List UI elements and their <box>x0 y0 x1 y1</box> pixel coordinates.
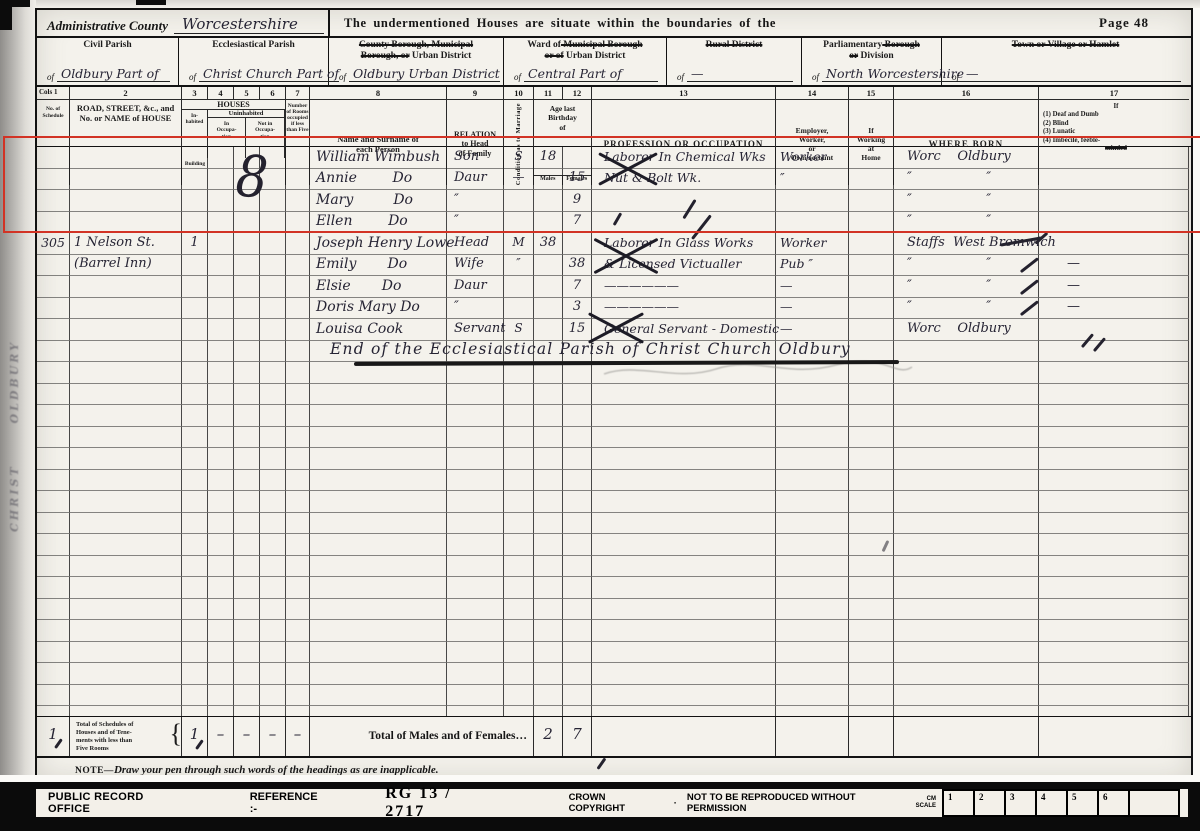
table-cell <box>563 556 592 578</box>
totals-empty-cell <box>592 717 776 756</box>
totals-houses-cell: 1 <box>182 717 208 756</box>
table-cell <box>260 642 286 664</box>
cell-entry: —————— <box>592 300 775 314</box>
table-cell <box>286 599 310 621</box>
table-cell <box>182 384 208 406</box>
table-cell <box>234 685 260 707</box>
table-cell <box>849 556 894 578</box>
table-cell <box>534 599 563 621</box>
cell-entry: 305 <box>37 236 69 250</box>
cm-scale-ruler: 123456 <box>942 789 1180 817</box>
cell-entry: — <box>776 300 848 314</box>
table-cell <box>182 491 208 513</box>
table-cell: Louisa Cook <box>310 319 447 341</box>
district-title-segment: Parliamentary <box>823 40 882 50</box>
table-cell <box>534 448 563 470</box>
table-cell <box>70 556 182 578</box>
table-cell <box>894 448 1039 470</box>
cell-entry: ″ <box>504 257 533 270</box>
totals-label-line: Five Rooms <box>76 745 179 753</box>
table-cell <box>776 427 849 449</box>
table-cell: S <box>504 319 534 341</box>
table-cell <box>37 577 70 599</box>
table-cell <box>1039 685 1189 707</box>
totals-dash: – <box>234 725 259 743</box>
table-cell <box>310 599 447 621</box>
table-cell <box>182 663 208 685</box>
header-infirmity-line: (2) Blind <box>1043 120 1069 128</box>
table-cell: Wife <box>447 255 504 277</box>
table-cell <box>894 405 1039 427</box>
cell-entry: 7 <box>563 279 591 293</box>
column-number: Cols 1 <box>37 87 70 100</box>
table-cell <box>592 513 776 535</box>
census-form: Administrative County Worcestershire The… <box>35 8 1193 781</box>
table-cell: Staffs West Bromwich <box>894 233 1039 255</box>
header-infirmity-line: If <box>1114 103 1119 111</box>
table-cell <box>260 556 286 578</box>
table-cell <box>563 685 592 707</box>
table-cell <box>894 384 1039 406</box>
table-cell <box>70 384 182 406</box>
table-cell <box>260 362 286 384</box>
table-cell: ″ ″ <box>894 255 1039 277</box>
table-cell <box>286 534 310 556</box>
table-cell <box>310 405 447 427</box>
totals-dash: – <box>208 725 233 743</box>
table-cell <box>563 642 592 664</box>
table-cell <box>208 556 234 578</box>
table-cell <box>1039 491 1189 513</box>
table-cell <box>534 663 563 685</box>
table-cell <box>776 534 849 556</box>
table-cell <box>447 642 504 664</box>
table-cell <box>260 534 286 556</box>
district-title-line: Ward of Municipal Borough <box>504 40 666 51</box>
table-cell <box>894 663 1039 685</box>
district-of-row: ofChrist Church Part of <box>179 51 328 85</box>
column-number: 7 <box>286 87 310 100</box>
table-cell <box>563 470 592 492</box>
table-cell: M <box>504 233 534 255</box>
table-cell <box>894 513 1039 535</box>
district-box: Rural Districtof— <box>667 38 802 85</box>
table-cell <box>592 599 776 621</box>
table-cell <box>208 384 234 406</box>
cross-mark <box>585 316 647 340</box>
cell-entry: 1 <box>182 236 207 250</box>
table-cell <box>534 427 563 449</box>
column-number: 5 <box>234 87 260 100</box>
district-of-row: ofOldbury Part of <box>37 51 178 85</box>
table-cell <box>70 620 182 642</box>
district-value: Oldbury Part of <box>57 66 170 82</box>
table-cell <box>563 599 592 621</box>
table-cell <box>208 491 234 513</box>
table-cell <box>849 577 894 599</box>
table-cell <box>234 448 260 470</box>
table-cell: 1 <box>182 233 208 255</box>
table-cell: 305 <box>37 233 70 255</box>
table-cell <box>70 685 182 707</box>
table-cell <box>260 470 286 492</box>
table-cell: — <box>1039 276 1189 298</box>
table-cell <box>776 685 849 707</box>
table-cell <box>37 706 70 716</box>
situate-statement: The undermentioned Houses are situate wi… <box>330 10 1191 36</box>
table-cell <box>534 405 563 427</box>
totals-empty-cell <box>1039 717 1189 756</box>
table-cell <box>447 448 504 470</box>
table-cell <box>1039 405 1189 427</box>
district-of-label: of <box>339 72 346 82</box>
totals-label: Total of Schedules ofHouses and of Tene-… <box>70 717 181 754</box>
table-cell <box>776 384 849 406</box>
footer-permission: NOT TO BE REPRODUCED WITHOUT PERMISSION <box>687 792 916 814</box>
table-cell <box>592 556 776 578</box>
table-cell <box>37 276 70 298</box>
cell-entry: — <box>1039 300 1188 314</box>
table-cell <box>37 448 70 470</box>
table-cell <box>182 319 208 341</box>
district-title-segment: or of <box>545 51 564 61</box>
table-cell <box>1039 663 1189 685</box>
table-cell <box>894 599 1039 621</box>
table-cell: Worker <box>776 233 849 255</box>
table-cell <box>310 448 447 470</box>
district-value: — <box>962 66 1181 82</box>
table-cell <box>182 599 208 621</box>
table-cell <box>310 577 447 599</box>
table-cell <box>447 405 504 427</box>
table-cell <box>286 405 310 427</box>
header-infirmity-line: (1) Deaf and Dumb <box>1043 111 1099 119</box>
table-cell <box>208 427 234 449</box>
table-cell <box>37 255 70 277</box>
table-cell <box>70 663 182 685</box>
column-number: 14 <box>776 87 849 100</box>
totals-empty-cell <box>776 717 849 756</box>
table-cell <box>776 513 849 535</box>
table-cell <box>894 620 1039 642</box>
footer-copyright: CROWN COPYRIGHT <box>569 792 664 814</box>
table-cell <box>849 599 894 621</box>
table-cell <box>776 556 849 578</box>
table-cell <box>563 513 592 535</box>
district-title-segment: Ward of <box>527 40 561 50</box>
table-cell <box>534 577 563 599</box>
table-cell <box>1039 448 1189 470</box>
cell-entry: — <box>1039 279 1188 293</box>
table-cell <box>286 362 310 384</box>
table-cell <box>1039 362 1189 384</box>
cell-entry: ″ ″ <box>894 300 1038 314</box>
table-cell <box>70 706 182 716</box>
table-cell <box>286 642 310 664</box>
table-cell <box>260 577 286 599</box>
table-cell <box>234 427 260 449</box>
table-cell <box>208 577 234 599</box>
table-cell <box>310 470 447 492</box>
table-cell <box>286 448 310 470</box>
column-number: 9 <box>447 87 504 100</box>
district-of-label: of <box>514 72 521 82</box>
district-box: Ward of Municipal Boroughor of Urban Dis… <box>504 38 667 85</box>
table-cell <box>849 276 894 298</box>
table-cell <box>1039 534 1189 556</box>
district-of-label: of <box>189 72 196 82</box>
column-numbers-row: Cols 1234567891011121314151617 <box>37 87 1191 100</box>
cell-entry: — <box>776 322 848 336</box>
cell-entry: ″ <box>447 300 503 314</box>
administrative-county-label: Administrative County <box>47 18 168 34</box>
edge-smudge <box>136 0 166 5</box>
table-cell <box>37 298 70 320</box>
district-of-row: ofNorth Worcestershire <box>802 62 941 85</box>
table-cell <box>260 276 286 298</box>
table-cell <box>70 298 182 320</box>
district-of-label: of <box>812 72 819 82</box>
table-cell <box>234 362 260 384</box>
table-cell <box>234 663 260 685</box>
table-cell: (Barrel Inn) <box>70 255 182 277</box>
table-cell <box>504 706 534 716</box>
table-cell <box>1039 427 1189 449</box>
table-cell <box>70 276 182 298</box>
table-cell <box>234 599 260 621</box>
column-number: 10 <box>504 87 534 100</box>
footer-reference-label: REFERENCE :- <box>250 791 327 815</box>
cell-entry: Daur <box>447 279 503 293</box>
column-number: 17 <box>1039 87 1189 100</box>
table-cell <box>37 319 70 341</box>
table-cell <box>260 255 286 277</box>
district-of-row: of— <box>942 51 1189 85</box>
table-cell <box>286 663 310 685</box>
district-value: Central Part of <box>524 66 658 82</box>
totals-schedule-cell: 1 <box>37 717 70 756</box>
table-cell <box>70 534 182 556</box>
table-spacer-row <box>37 706 1191 716</box>
table-cell <box>208 599 234 621</box>
ruler-segment: 4 <box>1037 789 1068 817</box>
cell-entry: Head <box>447 236 503 250</box>
table-cell <box>37 513 70 535</box>
faint-vertical-stamp: CHRIST OLDBURY <box>8 368 24 532</box>
table-cell <box>849 319 894 341</box>
table-cell <box>286 513 310 535</box>
totals-schedule-value: 1 <box>37 725 69 743</box>
table-cell <box>592 405 776 427</box>
table-cell <box>310 513 447 535</box>
table-cell <box>182 685 208 707</box>
table-cell <box>37 341 70 363</box>
table-cell <box>208 362 234 384</box>
table-cell <box>37 663 70 685</box>
table-cell: Elsie Do <box>310 276 447 298</box>
table-cell <box>37 599 70 621</box>
table-cell <box>182 448 208 470</box>
table-cell <box>310 491 447 513</box>
footer-reference-number: RG 13 / 2717 <box>385 785 496 821</box>
table-cell <box>1039 319 1189 341</box>
district-of-label: of <box>952 72 959 82</box>
totals-dash-cell: – <box>234 717 260 756</box>
table-cell <box>849 706 894 716</box>
table-cell: Pub ″ <box>776 255 849 277</box>
table-cell <box>592 685 776 707</box>
ruler-segment: 5 <box>1068 789 1099 817</box>
table-cell <box>234 233 260 255</box>
table-cell <box>563 362 592 384</box>
table-cell <box>563 663 592 685</box>
table-cell <box>504 556 534 578</box>
table-cell <box>534 319 563 341</box>
table-cell <box>208 255 234 277</box>
totals-empty-cell <box>849 717 894 756</box>
table-cell <box>208 642 234 664</box>
table-cell <box>563 448 592 470</box>
cell-entry: 3 <box>563 300 591 314</box>
table-cell <box>849 534 894 556</box>
cell-entry: — <box>1039 257 1188 271</box>
column-number: 15 <box>849 87 894 100</box>
table-cell: — <box>1039 255 1189 277</box>
scan-left-margin: CHRIST OLDBURY <box>0 0 36 782</box>
table-cell <box>286 491 310 513</box>
table-cell <box>182 706 208 716</box>
district-box: Civil ParishofOldbury Part of <box>37 38 179 85</box>
table-cell: Emily Do <box>310 255 447 277</box>
table-cell <box>447 577 504 599</box>
table-cell <box>208 448 234 470</box>
footer-office-label: PUBLIC RECORD OFFICE <box>48 791 188 815</box>
table-cell <box>534 620 563 642</box>
table-cell: Servant <box>447 319 504 341</box>
table-cell <box>37 685 70 707</box>
table-cell <box>1039 470 1189 492</box>
table-cell <box>260 448 286 470</box>
table-cell <box>504 620 534 642</box>
column-number: 8 <box>310 87 447 100</box>
table-cell <box>894 706 1039 716</box>
table-cell: —————— <box>592 276 776 298</box>
table-cell <box>260 706 286 716</box>
cell-entry: 38 <box>563 257 591 271</box>
table-cell <box>310 534 447 556</box>
table-cell <box>182 642 208 664</box>
table-cell <box>310 620 447 642</box>
table-cell <box>563 233 592 255</box>
table-cell <box>182 534 208 556</box>
totals-dash-cell: – <box>260 717 286 756</box>
district-title-segment: or <box>849 51 858 61</box>
administrative-county-row: Administrative County Worcestershire The… <box>37 10 1191 38</box>
table-cell <box>592 577 776 599</box>
table-cell <box>70 470 182 492</box>
district-of-row: ofCentral Part of <box>504 62 666 85</box>
ruler-segment: 6 <box>1099 789 1130 817</box>
table-cell <box>592 427 776 449</box>
table-cell <box>37 556 70 578</box>
column-number: 12 <box>563 87 592 100</box>
table-cell: — <box>776 276 849 298</box>
table-cell <box>182 470 208 492</box>
table-cell <box>534 470 563 492</box>
totals-brace: { <box>170 719 182 749</box>
table-cell <box>286 255 310 277</box>
cell-entry: Doris Mary Do <box>310 300 446 315</box>
table-cell <box>776 577 849 599</box>
totals-label-line: Total of Schedules of <box>76 721 179 729</box>
table-cell <box>894 642 1039 664</box>
table-cell <box>504 276 534 298</box>
district-title-segment: Town or Village or Hamlet <box>1012 40 1120 50</box>
table-cell <box>286 384 310 406</box>
table-cell: ″ ″ <box>894 276 1039 298</box>
district-box: County Borough, MunicipalBorough, or Urb… <box>329 38 504 85</box>
table-cell <box>447 491 504 513</box>
table-cell <box>563 706 592 716</box>
table-cell <box>849 233 894 255</box>
district-title-segment: Division <box>858 51 894 61</box>
table-cell <box>37 470 70 492</box>
table-cell <box>592 470 776 492</box>
header-uninhabited-title: Uninhabited <box>208 110 284 118</box>
table-cell: ″ <box>447 298 504 320</box>
table-cell <box>447 599 504 621</box>
table-cell <box>37 491 70 513</box>
table-cell <box>447 556 504 578</box>
table-cell <box>776 663 849 685</box>
table-cell <box>260 599 286 621</box>
administrative-county-value: Worcestershire <box>174 16 324 34</box>
district-title-line: or of Urban District <box>504 51 666 62</box>
table-cell <box>182 556 208 578</box>
table-cell <box>37 534 70 556</box>
table-cell <box>504 384 534 406</box>
table-cell <box>563 427 592 449</box>
district-title-line: Borough, or Urban District <box>329 51 503 62</box>
table-cell <box>70 362 182 384</box>
table-cell <box>260 319 286 341</box>
cell-entry: —————— <box>592 279 775 293</box>
table-cell <box>776 642 849 664</box>
table-cell <box>286 276 310 298</box>
table-cell <box>37 642 70 664</box>
column-number: 2 <box>70 87 182 100</box>
table-cell <box>234 255 260 277</box>
table-cell <box>208 663 234 685</box>
column-number: 3 <box>182 87 208 100</box>
district-value: Oldbury Urban District <box>349 66 500 82</box>
table-cell <box>1039 642 1189 664</box>
table-cell: — <box>776 298 849 320</box>
table-cell <box>234 491 260 513</box>
table-cell <box>310 384 447 406</box>
district-of-label: of <box>47 72 54 82</box>
table-cell <box>563 491 592 513</box>
table-cell: — <box>776 319 849 341</box>
table-cell <box>70 427 182 449</box>
table-cell <box>234 276 260 298</box>
district-title: Ward of Municipal Boroughor of Urban Dis… <box>504 40 666 62</box>
table-cell <box>260 384 286 406</box>
table-cell <box>208 298 234 320</box>
district-title: Rural District <box>667 40 801 51</box>
district-title-segment: Borough, or <box>361 51 410 61</box>
district-title-segment: Urban District <box>410 51 472 61</box>
